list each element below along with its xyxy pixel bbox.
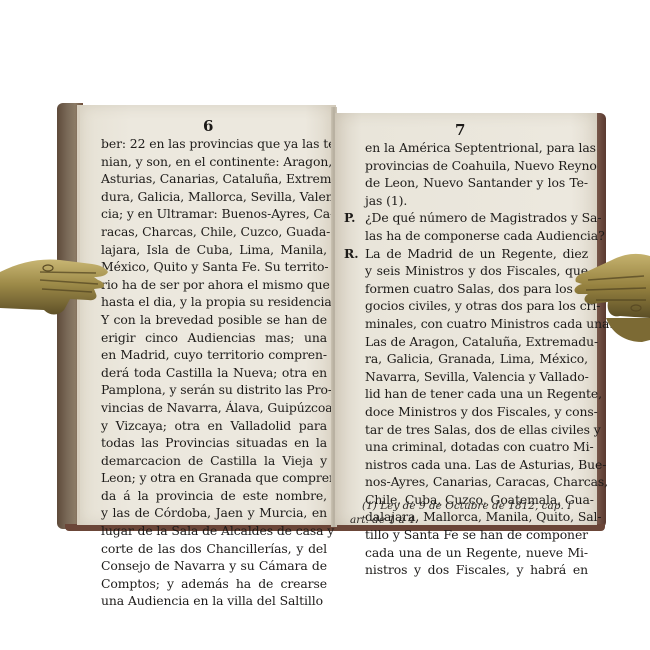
left-page-body: ber: 22 en las provincias que ya las te-… bbox=[101, 135, 327, 610]
text-line: nos-Ayres, Canarias, Caracas, Charcas, bbox=[344, 473, 588, 491]
text-line: doce Ministros y dos Fiscales, y cons- bbox=[344, 403, 588, 421]
line-text: Las de Aragon, Cataluña, Extremadu- bbox=[365, 334, 598, 349]
text-line: y las de Córdoba, Jaen y Murcia, en bbox=[101, 504, 327, 522]
text-line: y seis Ministros y dos Fiscales, que bbox=[344, 262, 588, 280]
text-line: nian, y son, en el continente: Aragon, bbox=[101, 153, 327, 171]
text-line: Leon; y otra en Granada que compren- bbox=[101, 469, 327, 487]
line-text: nos-Ayres, Canarias, Caracas, Charcas, bbox=[365, 474, 608, 489]
text-line: dura, Galicia, Mallorca, Sevilla, Valen- bbox=[101, 188, 327, 206]
text-line: tar de tres Salas, dos de ellas civiles … bbox=[344, 421, 588, 439]
text-line: lugar de la Sala de Alcaldes de casa y bbox=[101, 522, 327, 540]
line-text: formen cuatro Salas, dos para los ne- bbox=[365, 281, 596, 296]
qa-marker: P. bbox=[344, 209, 365, 227]
text-line: gocios civiles, y otras dos para los cri… bbox=[344, 297, 588, 315]
text-line: hasta el dia, y la propia su residencia. bbox=[101, 293, 327, 311]
line-text: ra, Galicia, Granada, Lima, México, bbox=[365, 351, 588, 366]
text-line: jas (1). bbox=[344, 192, 588, 210]
line-text: jas (1). bbox=[365, 193, 407, 208]
left-page: 6 ber: 22 en las provincias que ya las t… bbox=[77, 105, 336, 525]
open-book: 6 ber: 22 en las provincias que ya las t… bbox=[57, 101, 606, 531]
line-text: cada una de un Regente, nueve Mi- bbox=[365, 545, 588, 560]
line-text: La de Madrid de un Regente, diez bbox=[365, 246, 588, 261]
text-line: todas las Provincias situadas en la bbox=[101, 434, 327, 452]
line-text: tillo y Santa Fe se han de componer bbox=[365, 527, 588, 542]
text-line: y Vizcaya; otra en Valladolid para bbox=[101, 417, 327, 435]
text-line: una Audiencia en la villa del Saltillo bbox=[101, 592, 327, 610]
text-line: lajara, Isla de Cuba, Lima, Manila, bbox=[101, 241, 327, 259]
brass-hand-clip-right bbox=[566, 246, 650, 346]
text-line: provincias de Coahuila, Nuevo Reyno bbox=[344, 157, 588, 175]
line-text: tar de tres Salas, dos de ellas civiles … bbox=[365, 422, 601, 437]
line-text: ¿De qué número de Magistrados y Sa- bbox=[365, 210, 601, 225]
text-line: erigir cinco Audiencias mas; una bbox=[101, 329, 327, 347]
line-text: provincias de Coahuila, Nuevo Reyno bbox=[365, 158, 597, 173]
text-line: ber: 22 en las provincias que ya las te- bbox=[101, 135, 327, 153]
text-line: minales, con cuatro Ministros cada una. bbox=[344, 315, 588, 333]
line-text: en la América Septentrional, para las bbox=[365, 140, 596, 155]
text-line: ra, Galicia, Granada, Lima, México, bbox=[344, 350, 588, 368]
text-line: México, Quito y Santa Fe. Su territo- bbox=[101, 258, 327, 276]
text-line: nistros cada una. Las de Asturias, Bue- bbox=[344, 456, 588, 474]
text-line: cada una de un Regente, nueve Mi- bbox=[344, 544, 588, 562]
footnote-line: art. de 1 á 4. bbox=[350, 513, 582, 527]
line-text: de Leon, Nuevo Santander y los Te- bbox=[365, 175, 588, 190]
text-line: Pamplona, y serán su distrito las Pro- bbox=[101, 381, 327, 399]
text-line: en la América Septentrional, para las bbox=[344, 139, 588, 157]
text-line: demarcacion de Castilla la Vieja y bbox=[101, 452, 327, 470]
text-line: derá toda Castilla la Nueva; otra en bbox=[101, 364, 327, 382]
footnote: (1) Ley de 9 de Octubre de 1812, cap. Ia… bbox=[350, 499, 582, 527]
page-number-right: 7 bbox=[455, 121, 465, 139]
qa-marker: R. bbox=[344, 245, 365, 263]
line-text: nistros y dos Fiscales, y habrá en bbox=[365, 562, 588, 577]
text-line: de Leon, Nuevo Santander y los Te- bbox=[344, 174, 588, 192]
text-line: lid han de tener cada una un Regente, bbox=[344, 385, 588, 403]
text-line: racas, Charcas, Chile, Cuzco, Guada- bbox=[101, 223, 327, 241]
text-line: Las de Aragon, Cataluña, Extremadu- bbox=[344, 333, 588, 351]
text-line: Y con la brevedad posible se han de bbox=[101, 311, 327, 329]
qa-line: P.¿De qué número de Magistrados y Sa- bbox=[344, 209, 588, 227]
text-line: nistros y dos Fiscales, y habrá en bbox=[344, 561, 588, 579]
text-line: da á la provincia de este nombre, bbox=[101, 487, 327, 505]
text-line: vincias de Navarra, Álava, Guipúzcoa bbox=[101, 399, 327, 417]
footnote-line: (1) Ley de 9 de Octubre de 1812, cap. I bbox=[350, 499, 582, 513]
brass-hand-clip-left bbox=[0, 250, 112, 335]
line-text: Navarra, Sevilla, Valencia y Vallado- bbox=[365, 369, 589, 384]
line-text: lid han de tener cada una un Regente, bbox=[365, 386, 602, 401]
line-text: una criminal, dotadas con cuatro Mi- bbox=[365, 439, 594, 454]
line-text: nistros cada una. Las de Asturias, Bue- bbox=[365, 457, 606, 472]
page-number-left: 6 bbox=[203, 117, 213, 135]
text-line: Consejo de Navarra y su Cámara de bbox=[101, 557, 327, 575]
text-line: una criminal, dotadas con cuatro Mi- bbox=[344, 438, 588, 456]
text-line: Comptos; y además ha de crearse bbox=[101, 575, 327, 593]
text-line: en Madrid, cuyo territorio compren- bbox=[101, 346, 327, 364]
text-line: tillo y Santa Fe se han de componer bbox=[344, 526, 588, 544]
text-line: rio ha de ser por ahora el mismo que bbox=[101, 276, 327, 294]
text-line: Asturias, Canarias, Cataluña, Extrema- bbox=[101, 170, 327, 188]
line-text: y seis Ministros y dos Fiscales, que bbox=[365, 263, 588, 278]
right-page: 7 en la América Septentrional, para lasp… bbox=[335, 113, 597, 525]
text-line: formen cuatro Salas, dos para los ne- bbox=[344, 280, 588, 298]
qa-line: R.La de Madrid de un Regente, diez bbox=[344, 245, 588, 263]
text-line: las ha de componerse cada Audiencia? bbox=[344, 227, 588, 245]
line-text: las ha de componerse cada Audiencia? bbox=[365, 228, 605, 243]
text-line: corte de las dos Chancillerías, y del bbox=[101, 540, 327, 558]
text-line: cia; y en Ultramar: Buenos-Ayres, Ca- bbox=[101, 205, 327, 223]
text-line: Navarra, Sevilla, Valencia y Vallado- bbox=[344, 368, 588, 386]
line-text: doce Ministros y dos Fiscales, y cons- bbox=[365, 404, 598, 419]
